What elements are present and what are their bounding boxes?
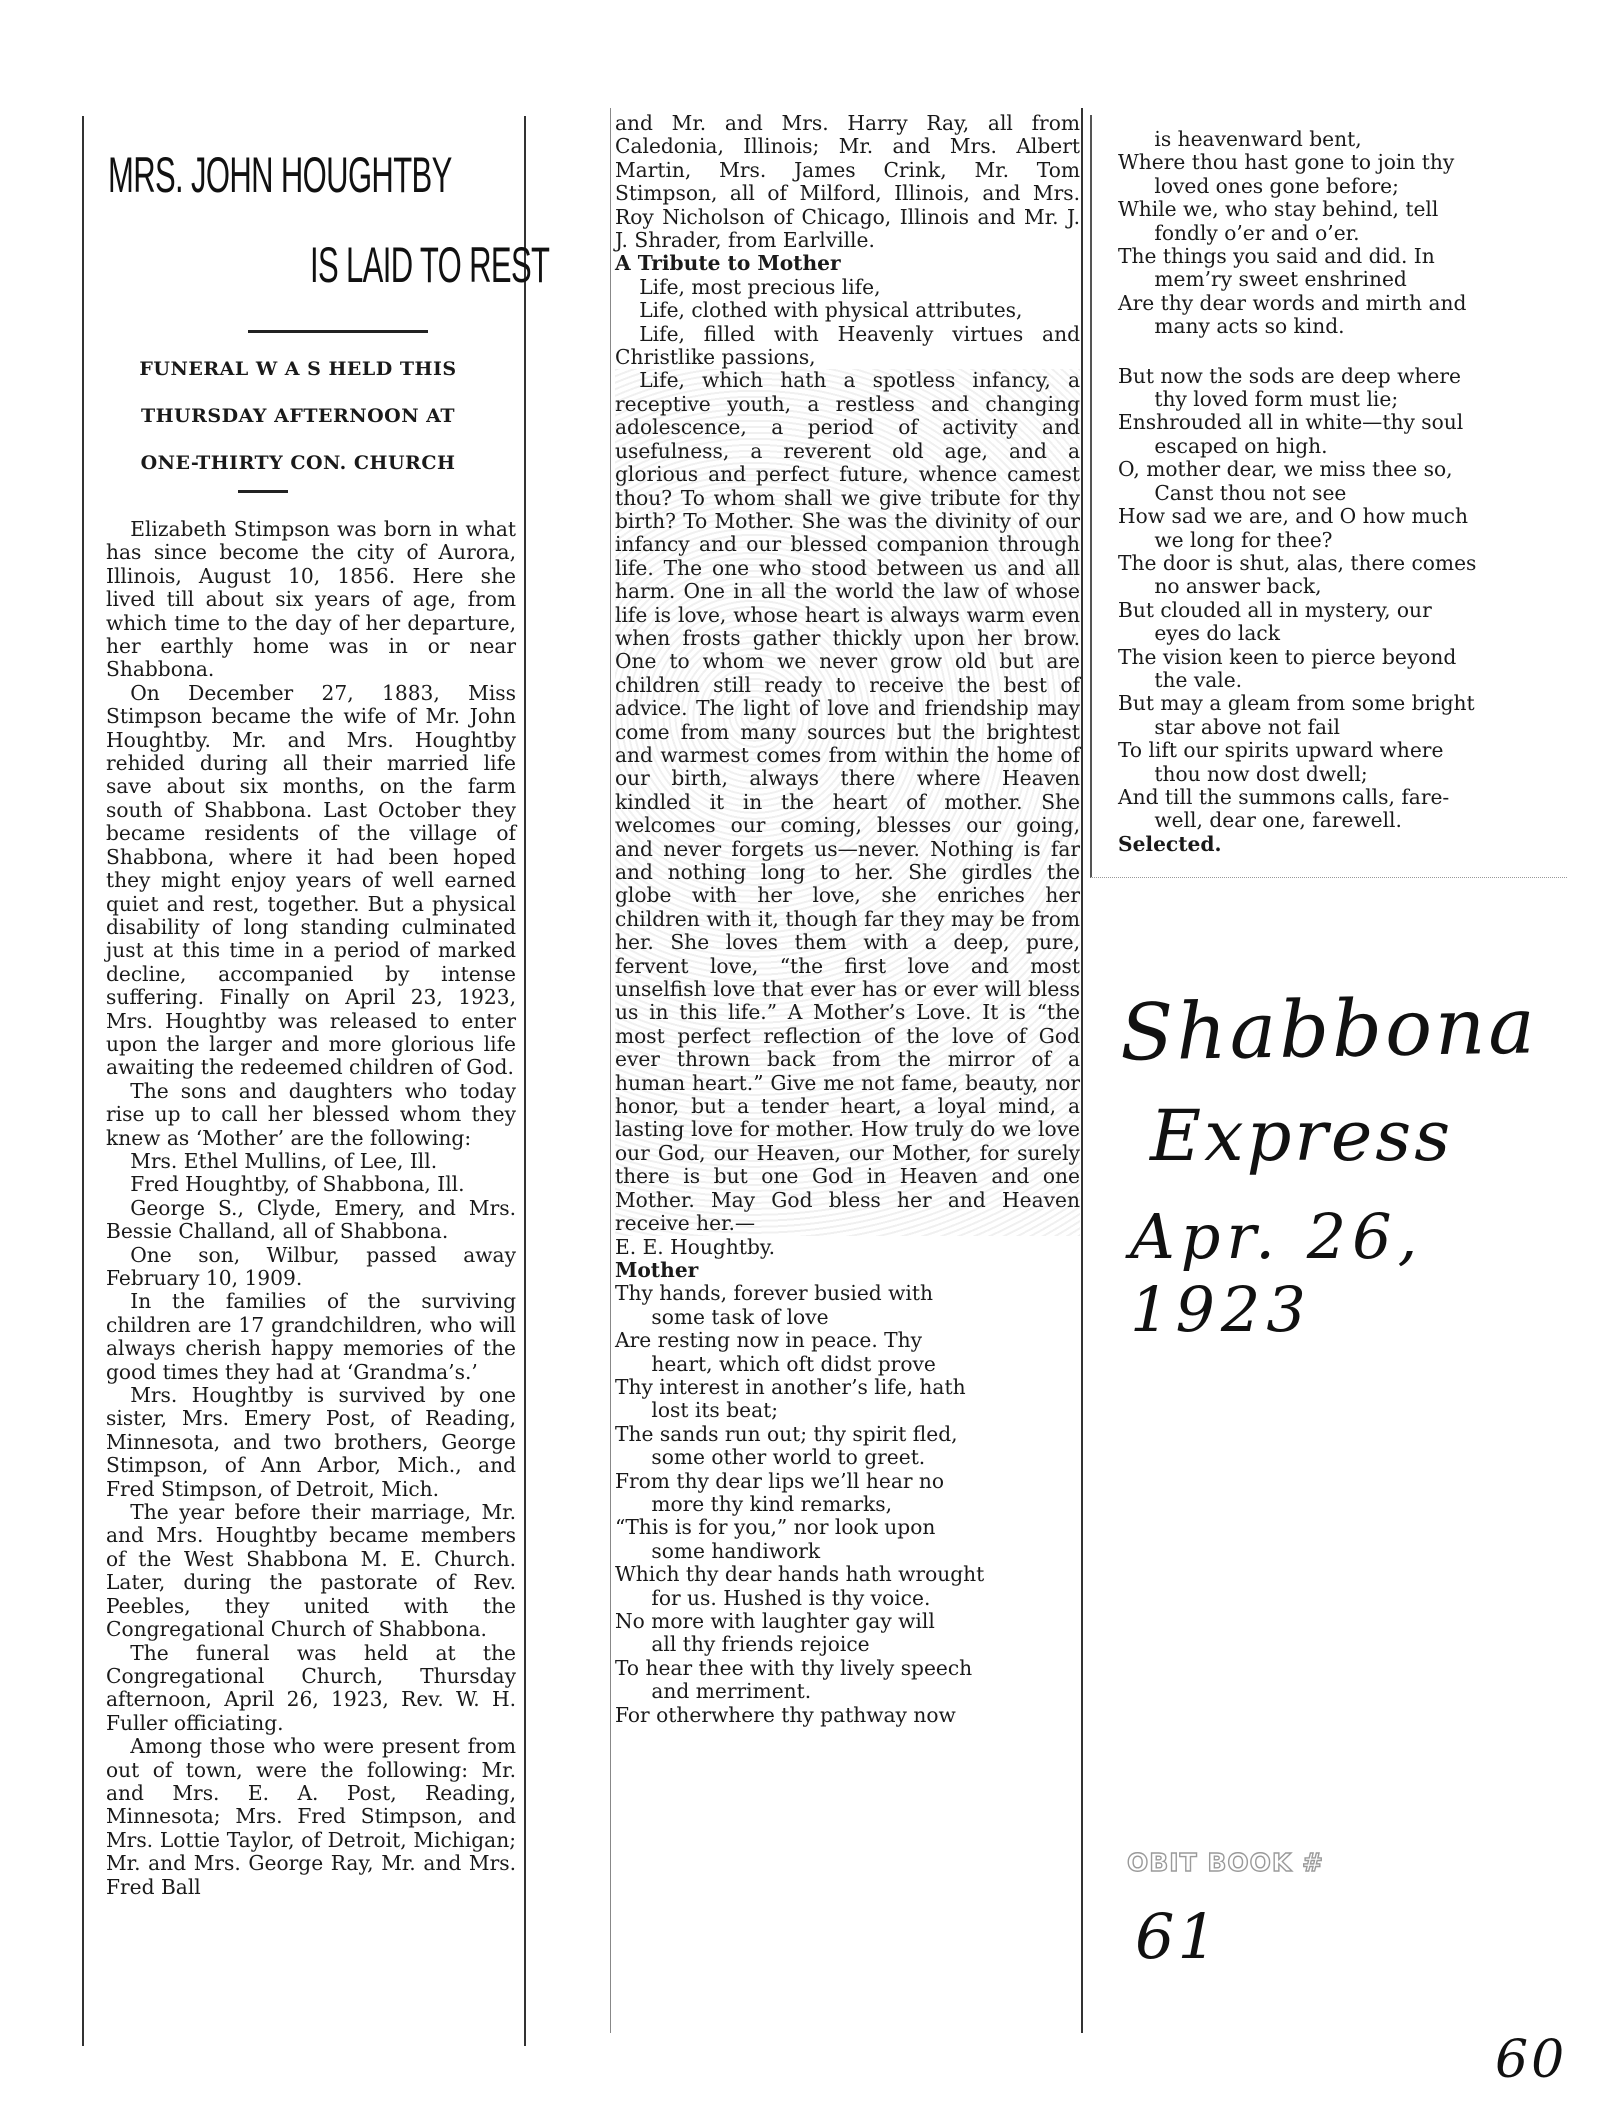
- poem-line-continuation: escaped on high.: [1118, 435, 1558, 458]
- poem-line: The door is shut, alas, there comes: [1118, 552, 1558, 575]
- paragraph-children-intro: The sons and daughters who today rise up…: [106, 1080, 516, 1150]
- poem-line: The sands run out; thy spirit fled,: [615, 1423, 1080, 1446]
- child-entry: George S., Clyde, Emery, and Mrs. Bessie…: [106, 1197, 516, 1244]
- poem-line-continuation: fondly o’er and o’er.: [1118, 222, 1558, 245]
- headline-line-2: IS LAID TO REST: [310, 238, 549, 292]
- attendees-continuation: and Mr. and Mrs. Harry Ray, all from Cal…: [615, 112, 1080, 252]
- subhead-rule: [238, 490, 288, 493]
- paragraph-marriage: On December 27, 1883, Miss Stimpson beca…: [106, 682, 516, 1080]
- headline-rule: [248, 330, 428, 333]
- poem-line: And till the summons calls, fare-: [1118, 786, 1558, 809]
- poem-line: The things you said and did. In: [1118, 245, 1558, 268]
- poem-line: To hear thee with thy lively speech: [615, 1657, 1080, 1680]
- poem-line-continuation: all thy friends rejoice: [615, 1633, 1080, 1656]
- poem-line-continuation: no answer back,: [1118, 575, 1558, 598]
- tribute-author: E. E. Houghtby.: [615, 1236, 1080, 1259]
- paragraph-birth: Elizabeth Stimpson was born in what has …: [106, 518, 516, 682]
- poem-line-continuation: lost its beat;: [615, 1399, 1080, 1422]
- poem-line-continuation: loved ones gone before;: [1118, 175, 1558, 198]
- tribute-title: A Tribute to Mother: [615, 252, 1080, 275]
- tribute-body: Life, which hath a spotless infancy, a r…: [615, 369, 1080, 1235]
- handwritten-newspaper-name-2: Express: [1150, 1095, 1453, 1177]
- subhead-line-3: ONE-THIRTY CON. CHURCH: [88, 447, 508, 480]
- headline-line-1: MRS. JOHN HOUGHTBY: [108, 148, 452, 202]
- poem-line-continuation: some other world to greet.: [615, 1446, 1080, 1469]
- poem-line-continuation: mem’ry sweet enshrined: [1118, 268, 1558, 291]
- paragraph-wilbur: One son, Wilbur, passed away February 10…: [106, 1244, 516, 1291]
- paragraph-attendees: Among those who were present from out of…: [106, 1735, 516, 1899]
- poem-line-continuation: star above not fail: [1118, 716, 1558, 739]
- poem-line-continuation: we long for thee?: [1118, 529, 1558, 552]
- poem-line: The vision keen to pierce beyond: [1118, 646, 1558, 669]
- poem-line: But may a gleam from some bright: [1118, 692, 1558, 715]
- page-number: 60: [1495, 2030, 1567, 2090]
- poem-line: But clouded all in mystery, our: [1118, 599, 1558, 622]
- poem-title: Mother: [615, 1259, 1080, 1282]
- poem-line: Thy interest in another’s life, hath: [615, 1376, 1080, 1399]
- poem-line-continuation: many acts so kind.: [1118, 315, 1558, 338]
- paragraph-grandchildren: In the families of the surviving childre…: [106, 1290, 516, 1384]
- poem-line-continuation: some task of love: [615, 1306, 1080, 1329]
- poem-line-continuation: and merriment.: [615, 1680, 1080, 1703]
- poem-line-continuation: the vale.: [1118, 669, 1558, 692]
- subhead-line-2: THURSDAY AFTERNOON AT: [88, 400, 508, 433]
- poem-line: For otherwhere thy pathway now: [615, 1704, 1080, 1727]
- article-left-column: Elizabeth Stimpson was born in what has …: [106, 518, 516, 1899]
- paragraph-church: The year before their marriage, Mr. and …: [106, 1501, 516, 1641]
- article-middle-column: and Mr. and Mrs. Harry Ray, all from Cal…: [615, 112, 1080, 1727]
- poem-line-continuation: Canst thou not see: [1118, 482, 1558, 505]
- obit-book-stamp: OBIT BOOK #: [1127, 1848, 1324, 1877]
- poem-line: While we, who stay behind, tell: [1118, 198, 1558, 221]
- poem-line: To lift our spirits upward where: [1118, 739, 1558, 762]
- paragraph-survivors: Mrs. Houghtby is survived by one sister,…: [106, 1384, 516, 1501]
- poem-line: “This is for you,” nor look upon: [615, 1516, 1080, 1539]
- poem-line-continuation: some handiwork: [615, 1540, 1080, 1563]
- obit-book-number: 61: [1135, 1900, 1220, 1973]
- poem-line: O, mother dear, we miss thee so,: [1118, 458, 1558, 481]
- poem-line: Where thou hast gone to join thy: [1118, 151, 1558, 174]
- poem-line-continuation: more thy kind remarks,: [615, 1493, 1080, 1516]
- poem-line: Are thy dear words and mirth and: [1118, 292, 1558, 315]
- poem-line-continuation: thy loved form must lie;: [1118, 388, 1558, 411]
- poem-line: Which thy dear hands hath wrought: [615, 1563, 1080, 1586]
- poem-line: From thy dear lips we’ll hear no: [615, 1470, 1080, 1493]
- poem-line: Thy hands, forever busied with: [615, 1282, 1080, 1305]
- paragraph-funeral: The funeral was held at the Congregation…: [106, 1642, 516, 1736]
- poem-line-continuation: for us. Hushed is thy voice.: [615, 1587, 1080, 1610]
- tribute-line: Life, most precious life,: [615, 276, 1080, 299]
- article-right-column: is heavenward bent,Where thou hast gone …: [1118, 128, 1558, 856]
- poem-line: But now the sods are deep where: [1118, 365, 1558, 388]
- poem-line-continuation: thou now dost dwell;: [1118, 763, 1558, 786]
- poem-line: No more with laughter gay will: [615, 1610, 1080, 1633]
- poem-line-continuation: eyes do lack: [1118, 622, 1558, 645]
- poem-credit: Selected.: [1118, 833, 1558, 856]
- poem-line: How sad we are, and O how much: [1118, 505, 1558, 528]
- tribute-line: Life, filled with Heavenly virtues and C…: [615, 323, 1080, 370]
- poem-line: Are resting now in peace. Thy: [615, 1329, 1080, 1352]
- poem-part-2: is heavenward bent,Where thou hast gone …: [1118, 128, 1558, 833]
- poem-line-continuation: well, dear one, farewell.: [1118, 809, 1558, 832]
- tribute-line: Life, clothed with physical attributes,: [615, 299, 1080, 322]
- poem-line: Enshrouded all in white—thy soul: [1118, 411, 1558, 434]
- child-entry: Mrs. Ethel Mullins, of Lee, Ill.: [106, 1150, 516, 1173]
- handwritten-newspaper-name: Shabbona: [1119, 981, 1538, 1078]
- poem-line-continuation: heart, which oft didst prove: [615, 1353, 1080, 1376]
- stanza-break: [1118, 339, 1558, 365]
- poem-part-1: Thy hands, forever busied withsome task …: [615, 1282, 1080, 1727]
- handwritten-date: Apr. 26, 1923: [1130, 1200, 1610, 1346]
- subhead-line-1: FUNERAL W A S HELD THIS: [88, 353, 508, 386]
- child-entry: Fred Houghtby, of Shabbona, Ill.: [106, 1173, 516, 1196]
- poem-line-continuation: is heavenward bent,: [1118, 128, 1558, 151]
